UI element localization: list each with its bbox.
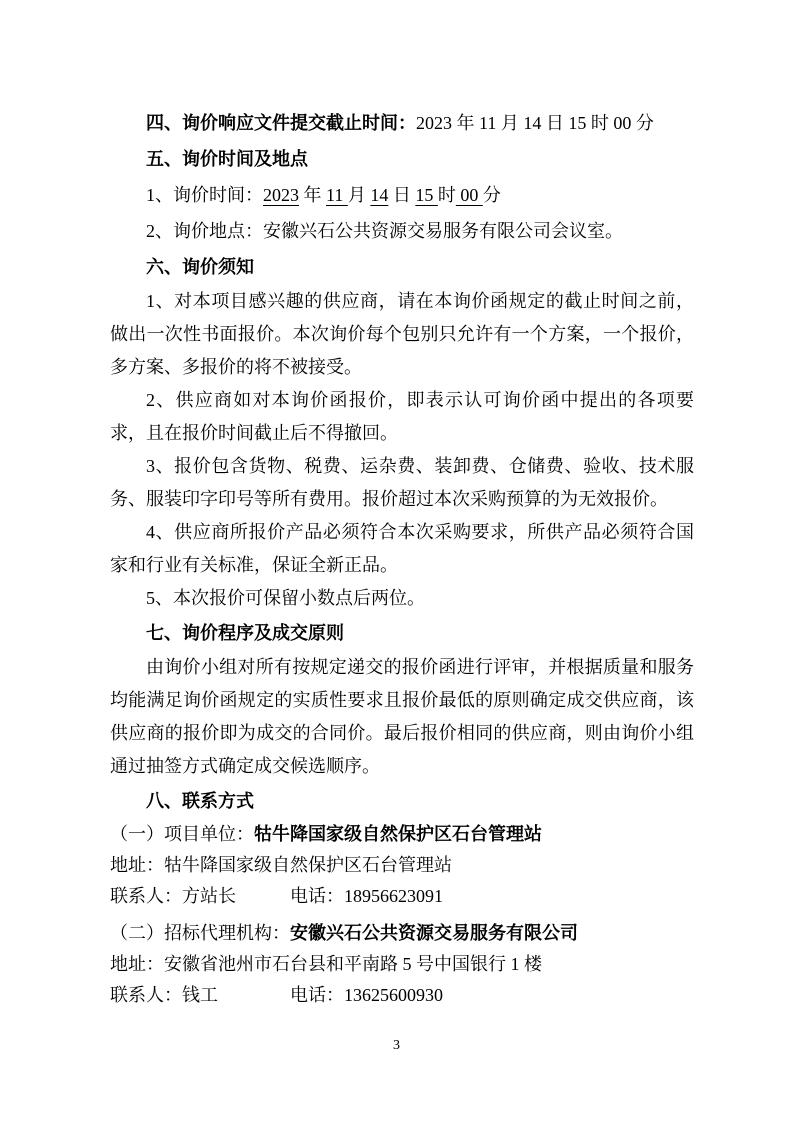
text-segment: 分 — [483, 185, 501, 205]
text-segment: （一）项目单位： — [110, 824, 254, 844]
contact-agency: （二）招标代理机构：安徽兴石公共资源交易服务有限公司 — [110, 918, 694, 949]
notice-item-1: 1、对本项目感兴趣的供应商，请在本询价函规定的截止时间之前，做出一次性书面报价。… — [110, 285, 694, 384]
text-segment: 15 — [415, 185, 438, 205]
section-5-heading: 五、询价时间及地点 — [110, 141, 694, 177]
contact-owner-person: 联系人：方站长 电话：18956623091 — [110, 881, 694, 912]
text-segment: 六、询价须知 — [146, 257, 254, 277]
text-segment: 日 — [388, 185, 415, 205]
text-segment: 3、报价包含货物、税费、运杂费、装卸费、仓储费、验收、技术服务、服装印字印号等所… — [110, 456, 694, 509]
text-segment: 由询价小组对所有按规定递交的报价函进行评审，并根据质量和服务均能满足询价函规定的… — [110, 657, 694, 776]
text-segment: （二）招标代理机构： — [110, 923, 290, 943]
section-4-deadline: 四、询价响应文件提交截止时间：2023 年 11 月 14 日 15 时 00 … — [110, 105, 694, 141]
text-segment: 1、询价时间： — [146, 185, 263, 205]
text-segment: 七、询价程序及成交原则 — [146, 623, 344, 643]
contact-agency-address: 地址：安徽省池州市石台县和平南路 5 号中国银行 1 楼 — [110, 949, 694, 980]
notice-item-5: 5、本次报价可保留小数点后两位。 — [110, 582, 694, 615]
notice-item-4: 4、供应商所报价产品必须符合本次采购要求，所供产品必须符合国家和行业有关标准，保… — [110, 516, 694, 582]
page-number: 3 — [0, 1036, 793, 1056]
text-segment: 牯牛降国家级自然保护区石台管理站 — [254, 824, 542, 844]
text-segment: 地址：牯牛降国家级自然保护区石台管理站 — [110, 855, 452, 875]
inquiry-time-line: 1、询价时间：2023 年 11 月 14 日 15 时 00 分 — [110, 177, 694, 213]
contact-agency-person: 联系人：钱工 电话：13625600930 — [110, 980, 694, 1011]
text-segment: 11 — [326, 185, 348, 205]
procedure-paragraph: 由询价小组对所有按规定递交的报价函进行评审，并根据质量和服务均能满足询价函规定的… — [110, 651, 694, 783]
text-segment: 2023 — [263, 185, 299, 205]
text-segment: 四、询价响应文件提交截止时间： — [146, 113, 416, 133]
text-segment: 时 — [438, 185, 456, 205]
section-6-heading: 六、询价须知 — [110, 249, 694, 285]
notice-item-2: 2、供应商如对本询价函报价，即表示认可询价函中提出的各项要求，且在报价时间截止后… — [110, 384, 694, 450]
inquiry-place-line: 2、询价地点：安徽兴石公共资源交易服务有限公司会议室。 — [110, 213, 694, 249]
text-segment: 安徽兴石公共资源交易服务有限公司 — [290, 923, 578, 943]
text-segment: 2、询价地点：安徽兴石公共资源交易服务有限公司会议室。 — [146, 221, 623, 241]
text-segment: 联系人：钱工 电话：13625600930 — [110, 985, 443, 1005]
text-segment: 14 — [370, 185, 388, 205]
text-segment: 5、本次报价可保留小数点后两位。 — [146, 588, 425, 608]
text-segment: 联系人：方站长 电话：18956623091 — [110, 886, 443, 906]
text-segment: 1、对本项目感兴趣的供应商，请在本询价函规定的截止时间之前，做出一次性书面报价。… — [110, 291, 694, 377]
text-segment: 五、询价时间及地点 — [146, 149, 308, 169]
contact-owner-address: 地址：牯牛降国家级自然保护区石台管理站 — [110, 850, 694, 881]
section-8-heading: 八、联系方式 — [110, 783, 694, 819]
text-segment: 00 — [456, 185, 483, 205]
section-7-heading: 七、询价程序及成交原则 — [110, 615, 694, 651]
text-segment: 月 — [348, 185, 371, 205]
document-page: 四、询价响应文件提交截止时间：2023 年 11 月 14 日 15 时 00 … — [0, 0, 793, 1122]
text-segment: 地址：安徽省池州市石台县和平南路 5 号中国银行 1 楼 — [110, 954, 542, 974]
document-body: 四、询价响应文件提交截止时间：2023 年 11 月 14 日 15 时 00 … — [110, 105, 694, 1011]
text-segment: 2023 年 11 月 14 日 15 时 00 分 — [416, 113, 654, 133]
contact-owner: （一）项目单位：牯牛降国家级自然保护区石台管理站 — [110, 819, 694, 850]
text-segment: 八、联系方式 — [146, 791, 254, 811]
text-segment: 年 — [299, 185, 326, 205]
text-segment: 2、供应商如对本询价函报价，即表示认可询价函中提出的各项要求，且在报价时间截止后… — [110, 390, 694, 443]
text-segment: 4、供应商所报价产品必须符合本次采购要求，所供产品必须符合国家和行业有关标准，保… — [110, 522, 694, 575]
notice-item-3: 3、报价包含货物、税费、运杂费、装卸费、仓储费、验收、技术服务、服装印字印号等所… — [110, 450, 694, 516]
